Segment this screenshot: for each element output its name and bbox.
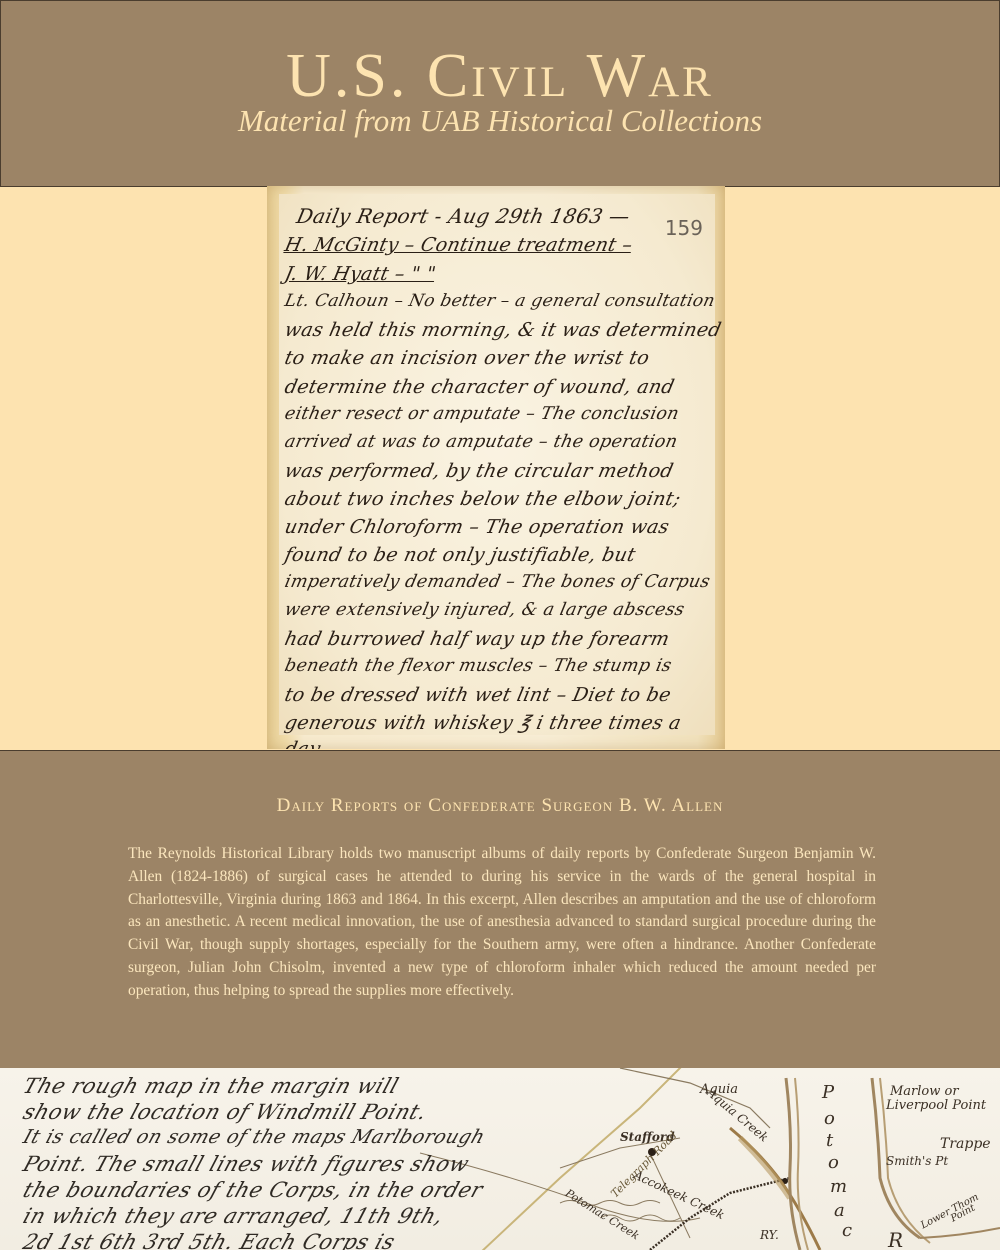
manuscript-line: was performed, by the circular method bbox=[283, 460, 676, 482]
map-label-smiths-point: Smith's Pt bbox=[886, 1154, 948, 1168]
manuscript-line: imperatively demanded – The bones of Car… bbox=[283, 572, 712, 592]
letter-line: The rough map in the margin will bbox=[20, 1074, 402, 1098]
map-label-ry: RY. bbox=[760, 1228, 779, 1242]
manuscript-line: beneath the flexor muscles – The stump i… bbox=[283, 656, 674, 676]
map-label-potomac-o2: o bbox=[828, 1152, 839, 1173]
map-label-potomac-p: P bbox=[822, 1082, 834, 1103]
manuscript-page-number: 159 bbox=[665, 216, 703, 240]
letter-map-image: The rough map in the margin will show th… bbox=[0, 1068, 1000, 1250]
manuscript-line: about two inches below the elbow joint; bbox=[283, 488, 683, 510]
page-header: U.S. Civil War Material from UAB Histori… bbox=[0, 0, 1000, 187]
letter-line: the boundaries of the Corps, in the orde… bbox=[20, 1178, 486, 1202]
description-panel: Daily Reports of Confederate Surgeon B. … bbox=[0, 750, 1000, 1068]
manuscript-line: H. McGinty – Continue treatment – bbox=[283, 234, 635, 256]
manuscript-line: generous with whiskey ℥ i three times a bbox=[283, 712, 684, 734]
manuscript-line: Daily Report - Aug 29th 1863 — bbox=[294, 204, 632, 228]
page-subtitle: Material from UAB Historical Collections bbox=[1, 105, 999, 136]
letter-line: in which they are arranged, 11th 9th, bbox=[20, 1204, 447, 1228]
manuscript-line: found to be not only justifiable, but bbox=[283, 544, 638, 566]
letter-line: It is called on some of the maps Marlbor… bbox=[20, 1126, 488, 1148]
map-label-potomac-c: c bbox=[842, 1220, 852, 1241]
map-label-marlow: Marlow or bbox=[890, 1084, 959, 1099]
manuscript-line: to make an incision over the wrist to bbox=[283, 347, 652, 369]
manuscript-line: to be dressed with wet lint – Diet to be bbox=[283, 684, 673, 706]
map-label-potomac-a: a bbox=[834, 1200, 845, 1221]
manuscript-line: Lt. Calhoun – No better – a general cons… bbox=[283, 291, 717, 311]
letter-line: 2d 1st 6th 3rd 5th. Each Corps is bbox=[20, 1230, 398, 1250]
manuscript-line: had burrowed half way up the forearm bbox=[283, 628, 672, 650]
map-label-potomac-t: t bbox=[826, 1130, 833, 1151]
page-title: U.S. Civil War bbox=[1, 45, 999, 107]
manuscript-line: were extensively injured, & a large absc… bbox=[283, 600, 687, 620]
manuscript-line: J. W. Hyatt – " " bbox=[283, 263, 438, 285]
manuscript-line: was held this morning, & it was determin… bbox=[283, 319, 724, 341]
map-label-potomac-o: o bbox=[824, 1108, 835, 1129]
map-label-potomac-m: m bbox=[830, 1176, 847, 1197]
manuscript-line: either resect or amputate – The conclusi… bbox=[283, 404, 681, 424]
map-label-liverpool-point: Liverpool Point bbox=[886, 1098, 986, 1113]
manuscript-line: arrived at was to amputate – the operati… bbox=[283, 432, 680, 452]
description-text: The Reynolds Historical Library holds tw… bbox=[128, 843, 876, 1003]
section-heading: Daily Reports of Confederate Surgeon B. … bbox=[0, 795, 1000, 817]
letter-line: Point. The small lines with figures show bbox=[20, 1152, 472, 1176]
manuscript-line: day – – bbox=[283, 738, 355, 749]
letter-line: show the location of Windmill Point. bbox=[20, 1100, 430, 1124]
manuscript-line: under Chloroform – The operation was bbox=[283, 516, 672, 538]
manuscript-daily-report-image: 159 Daily Report - Aug 29th 1863 — H. Mc… bbox=[267, 186, 725, 749]
map-label-potomac-r: R bbox=[888, 1228, 903, 1250]
map-label-trappe: Trappe bbox=[940, 1136, 991, 1152]
manuscript-line: determine the character of wound, and bbox=[283, 376, 677, 398]
